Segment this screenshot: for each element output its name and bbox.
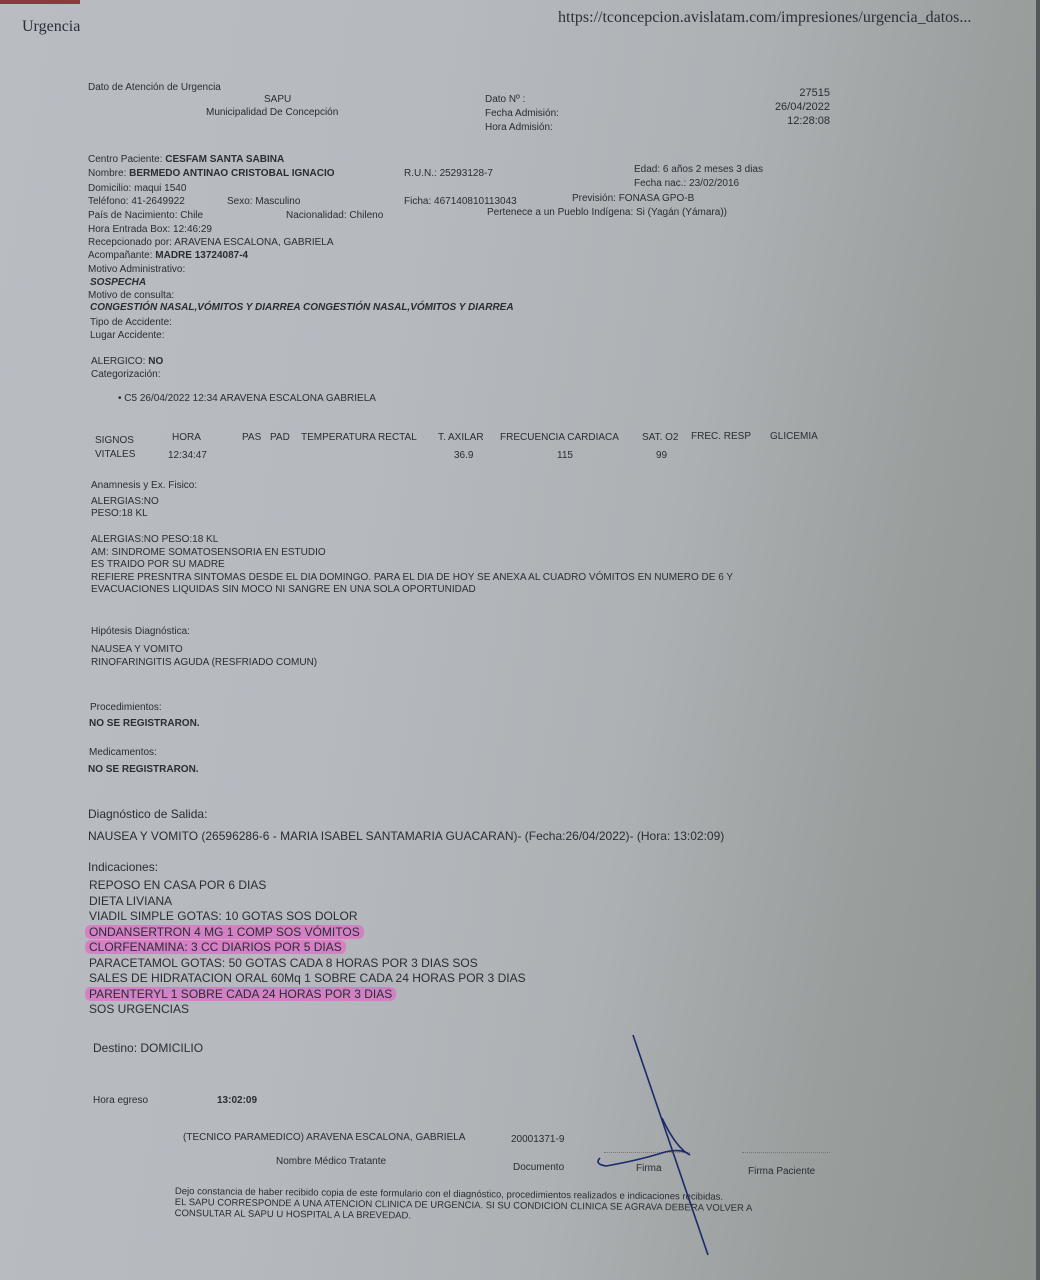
edad: Edad: 6 años 2 meses 3 dias	[634, 164, 763, 175]
vitals-col-hora: HORA	[172, 432, 201, 443]
fecha-admision-value: 26/04/2022	[730, 100, 830, 114]
motivo-consulta-label: Motivo de consulta:	[88, 290, 174, 301]
ficha: Ficha: 467140810113043	[404, 196, 517, 207]
vitals-sat-o2-value: 99	[656, 450, 667, 461]
motivo-administrativo-label: Motivo Administrativo:	[88, 264, 185, 275]
recepcionado-por: Recepcionado por: ARAVENA ESCALONA, GABR…	[88, 237, 334, 248]
indicaciones-label: Indicaciones:	[88, 860, 158, 874]
document-heading: Dato de Atención de Urgencia	[88, 82, 221, 93]
hora-admision-value: 12:28:08	[730, 114, 830, 128]
dato-value: 27515	[730, 86, 830, 100]
diagnostico-salida-value: NAUSEA Y VOMITO (26596286-6 - MARIA ISAB…	[88, 829, 724, 843]
categorizacion-label: Categorización:	[91, 369, 160, 380]
lugar-accidente-label: Lugar Accidente:	[90, 330, 165, 341]
nacionalidad: Nacionalidad: Chileno	[286, 210, 383, 221]
motivo-consulta-value: CONGESTIÓN NASAL,VÓMITOS Y DIARREA CONGE…	[90, 302, 514, 313]
procedimientos-label: Procedimientos:	[90, 702, 162, 713]
firma-paciente-label: Firma Paciente	[748, 1166, 815, 1177]
vitals-fc-value: 115	[557, 450, 573, 461]
hora-entrada-box: Hora Entrada Box: 12:46:29	[88, 224, 212, 235]
print-page-url: https://tconcepcion.avislatam.com/impres…	[558, 9, 971, 27]
procedimientos-value: NO SE REGISTRARON.	[89, 718, 200, 729]
vitals-col-glicemia: GLICEMIA	[770, 431, 818, 442]
indicacion-item: DIETA LIVIANA	[89, 894, 526, 910]
vitals-label: SIGNOS VITALES	[95, 434, 135, 462]
destino: Destino: DOMICILIO	[93, 1041, 203, 1055]
vitals-col-temp-rectal: TEMPERATURA RECTAL	[301, 432, 417, 443]
motivo-administrativo-value: SOSPECHA	[90, 277, 146, 288]
sexo: Sexo: Masculino	[227, 196, 300, 207]
medico-tratante-label: Nombre Médico Tratante	[276, 1156, 386, 1167]
hora-admision-label: Hora Admisión:	[485, 121, 559, 135]
vitals-col-sat-o2: SAT. O2	[642, 432, 679, 443]
indicacion-item: SALES DE HIDRATACION ORAL 60Mq 1 SOBRE C…	[89, 971, 526, 987]
alergico: ALERGICO: NO	[91, 356, 163, 367]
acompanante: Acompañante: MADRE 13724087-4	[88, 250, 248, 261]
highlighted-text: CLORFENAMINA: 3 CC DIARIOS POR 5 DIAS	[85, 940, 346, 954]
bullet-icon: •	[118, 393, 122, 404]
pais-nacimiento: País de Nacimiento: Chile	[88, 210, 203, 221]
pueblo-indigena: Pertenece a un Pueblo Indígena: Si (Yagá…	[487, 207, 727, 218]
tipo-accidente-label: Tipo de Accidente:	[90, 317, 172, 328]
hora-egreso-label: Hora egreso	[93, 1095, 148, 1106]
nombre: Nombre: BERMEDO ANTINAO CRISTOBAL IGNACI…	[88, 168, 335, 179]
anamnesis-block-a: ALERGIAS:NO PESO:18 KL	[91, 496, 159, 520]
vitals-hora-value: 12:34:47	[168, 450, 207, 461]
paper-edge	[1036, 0, 1040, 1280]
signature-icon	[590, 1030, 730, 1260]
indicacion-item: CLORFENAMINA: 3 CC DIARIOS POR 5 DIAS	[89, 940, 526, 956]
indicacion-item: VIADIL SIMPLE GOTAS: 10 GOTAS SOS DOLOR	[89, 909, 526, 925]
firma-paciente-line	[742, 1152, 830, 1153]
hipotesis-label: Hipótesis Diagnóstica:	[91, 626, 190, 637]
vitals-col-t-axilar: T. AXILAR	[438, 432, 484, 443]
medico-tratante: (TECNICO PARAMEDICO) ARAVENA ESCALONA, G…	[183, 1132, 465, 1143]
admission-labels: Dato Nº : Fecha Admisión: Hora Admisión:	[485, 93, 559, 135]
dato-label: Dato Nº :	[485, 93, 559, 107]
highlighted-text: ONDANSERTRON 4 MG 1 COMP SOS VÓMITOS	[85, 925, 364, 939]
highlighted-text: PARENTERYL 1 SOBRE CADA 24 HORAS POR 3 D…	[85, 987, 396, 1001]
fecha-nacimiento: Fecha nac.: 23/02/2016	[634, 178, 739, 189]
print-page-title: Urgencia	[22, 18, 80, 36]
fecha-admision-label: Fecha Admisión:	[485, 107, 559, 121]
hipotesis-list: NAUSEA Y VOMITO RINOFARINGITIS AGUDA (RE…	[91, 643, 317, 669]
run: R.U.N.: 25293128-7	[404, 168, 493, 179]
vitals-col-pas: PAS	[242, 432, 261, 443]
vitals-col-pad: PAD	[270, 432, 290, 443]
admission-values: 27515 26/04/2022 12:28:08	[730, 86, 830, 128]
domicilio: Domicilio: maqui 1540	[88, 183, 186, 194]
medicamentos-value: NO SE REGISTRARON.	[88, 764, 199, 775]
anamnesis-label: Anamnesis y Ex. Fisico:	[91, 480, 197, 491]
vitals-col-frec-resp: FREC. RESP	[691, 431, 751, 442]
vitals-col-frec-cardiaca: FRECUENCIA CARDIACA	[500, 432, 619, 443]
indicacion-item: ONDANSERTRON 4 MG 1 COMP SOS VÓMITOS	[89, 925, 526, 941]
indicacion-item: PARENTERYL 1 SOBRE CADA 24 HORAS POR 3 D…	[89, 987, 526, 1003]
medicamentos-label: Medicamentos:	[89, 747, 157, 758]
indicacion-item: PARACETAMOL GOTAS: 50 GOTAS CADA 8 HORAS…	[89, 956, 526, 972]
anamnesis-block-b: ALERGIAS:NO PESO:18 KL AM: SINDROME SOMA…	[91, 534, 733, 597]
indicacion-item: REPOSO EN CASA POR 6 DIAS	[89, 878, 526, 894]
org-name: SAPU	[264, 94, 291, 105]
indicacion-item: SOS URGENCIAS	[89, 1002, 526, 1018]
categorizacion-item: • C5 26/04/2022 12:34 ARAVENA ESCALONA G…	[118, 393, 376, 404]
diagnostico-salida-label: Diagnóstico de Salida:	[88, 807, 207, 821]
centro-paciente: Centro Paciente: CESFAM SANTA SABINA	[88, 154, 284, 165]
vitals-t-axilar-value: 36.9	[454, 450, 473, 461]
documento-value: 20001371-9	[511, 1134, 564, 1145]
org-municipality: Municipalidad De Concepción	[206, 107, 338, 118]
photo-edge	[0, 0, 80, 4]
hora-egreso-value: 13:02:09	[217, 1095, 257, 1106]
telefono: Teléfono: 41-2649922	[88, 196, 185, 207]
indicaciones-list: REPOSO EN CASA POR 6 DIASDIETA LIVIANAVI…	[89, 878, 526, 1018]
prevision: Previsión: FONASA GPO-B	[572, 193, 694, 204]
documento-label: Documento	[513, 1162, 564, 1173]
